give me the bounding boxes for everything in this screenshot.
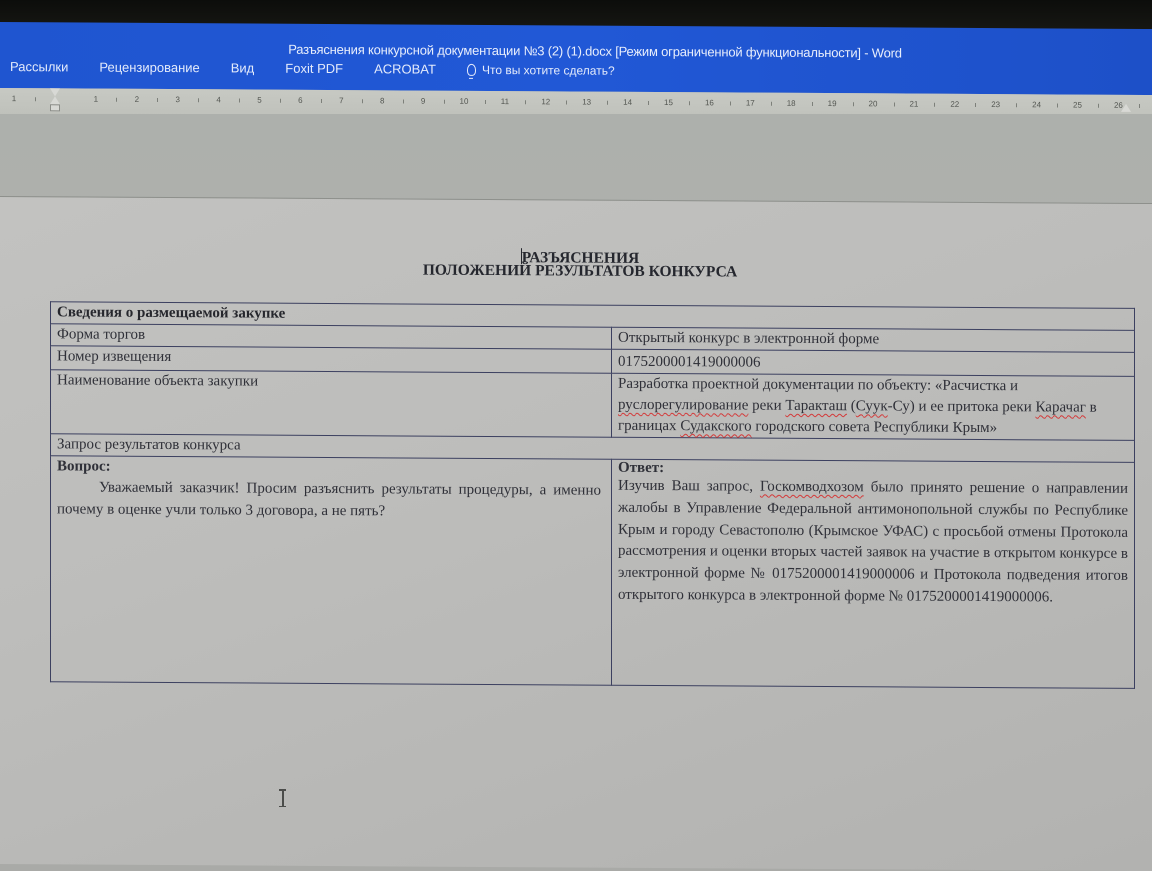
misspelled-word: Судакского bbox=[680, 418, 751, 434]
ruler-number: 19 bbox=[828, 99, 837, 108]
ruler-tick bbox=[198, 98, 199, 102]
ruler-tick bbox=[1098, 104, 1099, 108]
text-ibeam-cursor-icon bbox=[278, 789, 287, 807]
misspelled-word: Таракташ bbox=[785, 398, 847, 414]
answer-text: Изучив Ваш запрос, Госкомводхозом было п… bbox=[618, 476, 1128, 610]
ruler-number: 7 bbox=[339, 96, 343, 105]
row-label: Номер извещения bbox=[51, 346, 612, 373]
ruler-number: 8 bbox=[380, 96, 384, 105]
ruler-tick bbox=[1139, 104, 1140, 108]
ruler-number: 20 bbox=[869, 99, 878, 108]
question-cell: Вопрос: Уважаемый заказчик! Просим разъя… bbox=[51, 456, 612, 685]
ruler-number: 23 bbox=[991, 100, 1000, 109]
ruler-number: 12 bbox=[541, 97, 550, 106]
ruler-tick bbox=[444, 100, 445, 104]
ruler-number: 16 bbox=[705, 98, 714, 107]
tab-acrobat[interactable]: ACROBAT bbox=[374, 61, 436, 76]
hanging-indent-handle[interactable] bbox=[50, 96, 60, 104]
tell-me-placeholder: Что вы хотите сделать? bbox=[482, 62, 615, 77]
table-row: Наименование объекта закупки Разработка … bbox=[51, 370, 1135, 441]
tab-review[interactable]: Рецензирование bbox=[99, 60, 199, 76]
ruler-tick bbox=[771, 102, 772, 106]
table-row: Вопрос: Уважаемый заказчик! Просим разъя… bbox=[51, 456, 1135, 689]
question-text: Уважаемый заказчик! Просим разъяснить ре… bbox=[57, 477, 605, 523]
misspelled-word: Карачаг bbox=[1036, 399, 1086, 415]
word-title-bar: Разъяснения конкурсной документации №3 (… bbox=[0, 22, 1152, 95]
ruler-tick bbox=[1016, 103, 1017, 107]
ruler-number: 4 bbox=[216, 95, 220, 104]
ruler-tick bbox=[280, 99, 281, 103]
ribbon-tabs: Рассылки Рецензирование Вид Foxit PDF AC… bbox=[10, 59, 646, 78]
ruler-tick bbox=[689, 101, 690, 105]
ruler-tick bbox=[648, 101, 649, 105]
tab-view[interactable]: Вид bbox=[231, 60, 255, 75]
ruler-tick bbox=[934, 103, 935, 107]
ruler-number: 17 bbox=[746, 99, 755, 108]
tab-foxit-pdf[interactable]: Foxit PDF bbox=[285, 61, 343, 76]
ruler-number: 14 bbox=[623, 98, 632, 107]
ruler-number: 1 bbox=[94, 95, 98, 104]
ruler-tick bbox=[239, 98, 240, 102]
window-title: Разъяснения конкурсной документации №3 (… bbox=[0, 40, 1152, 62]
ruler-tick bbox=[975, 103, 976, 107]
procurement-info-table: Сведения о размещаемой закупке Форма тор… bbox=[50, 301, 1135, 689]
ruler-tick bbox=[730, 101, 731, 105]
ruler-number: 21 bbox=[909, 100, 918, 109]
tell-me-search[interactable]: Что вы хотите сделать? bbox=[467, 62, 615, 78]
tab-mailings[interactable]: Рассылки bbox=[10, 59, 68, 74]
ruler-number: 2 bbox=[135, 95, 139, 104]
ruler-number: 1 bbox=[12, 94, 16, 103]
ruler-number: 15 bbox=[664, 98, 673, 107]
misspelled-word: Госкомводхозом bbox=[760, 479, 864, 496]
first-line-indent-handle[interactable] bbox=[50, 88, 60, 96]
ruler-tick bbox=[566, 100, 567, 104]
ruler-number: 24 bbox=[1032, 100, 1041, 109]
row-value: Открытый конкурс в электронной форме bbox=[612, 327, 1135, 352]
ruler-number: 3 bbox=[175, 95, 179, 104]
misspelled-word: руслорегулирование bbox=[618, 397, 748, 414]
ruler-tick bbox=[362, 99, 363, 103]
ruler-tick bbox=[853, 102, 854, 106]
ruler-number: 6 bbox=[298, 96, 302, 105]
ruler-tick bbox=[1057, 103, 1058, 107]
ruler-number: 5 bbox=[257, 96, 261, 105]
answer-cell: Ответ: Изучив Ваш запрос, Госкомводхозом… bbox=[612, 459, 1135, 688]
right-indent-handle[interactable] bbox=[1121, 104, 1131, 112]
indent-marker[interactable] bbox=[50, 88, 60, 112]
ruler-number: 11 bbox=[501, 97, 509, 106]
ruler-tick bbox=[607, 101, 608, 105]
ruler-number: 13 bbox=[582, 98, 591, 107]
ruler-tick bbox=[321, 99, 322, 103]
row-label: Форма торгов bbox=[51, 324, 612, 349]
ruler-tick bbox=[403, 99, 404, 103]
ruler-tick bbox=[485, 100, 486, 104]
document-page[interactable]: РАЗЪЯСНЕНИЯ ПОЛОЖЕНИЙ РЕЗУЛЬТАТОВ КОНКУР… bbox=[0, 196, 1152, 864]
ruler-tick bbox=[157, 98, 158, 102]
left-indent-handle[interactable] bbox=[50, 104, 60, 111]
row-value: 0175200001419000006 bbox=[612, 349, 1135, 376]
ruler-number: 10 bbox=[460, 97, 469, 106]
row-value-object-name: Разработка проектной документации по объ… bbox=[612, 373, 1135, 440]
ruler-tick bbox=[116, 98, 117, 102]
ruler-tick bbox=[525, 100, 526, 104]
ruler-number: 22 bbox=[950, 100, 959, 109]
misspelled-word: Суук bbox=[856, 398, 888, 414]
ruler-number: 18 bbox=[787, 99, 796, 108]
ruler-scale: 1123456789101112131415161718192021222324… bbox=[0, 93, 1152, 114]
ruler-tick bbox=[894, 102, 895, 106]
row-label: Наименование объекта закупки bbox=[51, 370, 612, 437]
ruler-number: 9 bbox=[421, 97, 425, 106]
lightbulb-icon bbox=[467, 63, 476, 75]
ruler-tick bbox=[35, 97, 36, 101]
ruler-number: 25 bbox=[1073, 101, 1082, 110]
ruler-tick bbox=[812, 102, 813, 106]
